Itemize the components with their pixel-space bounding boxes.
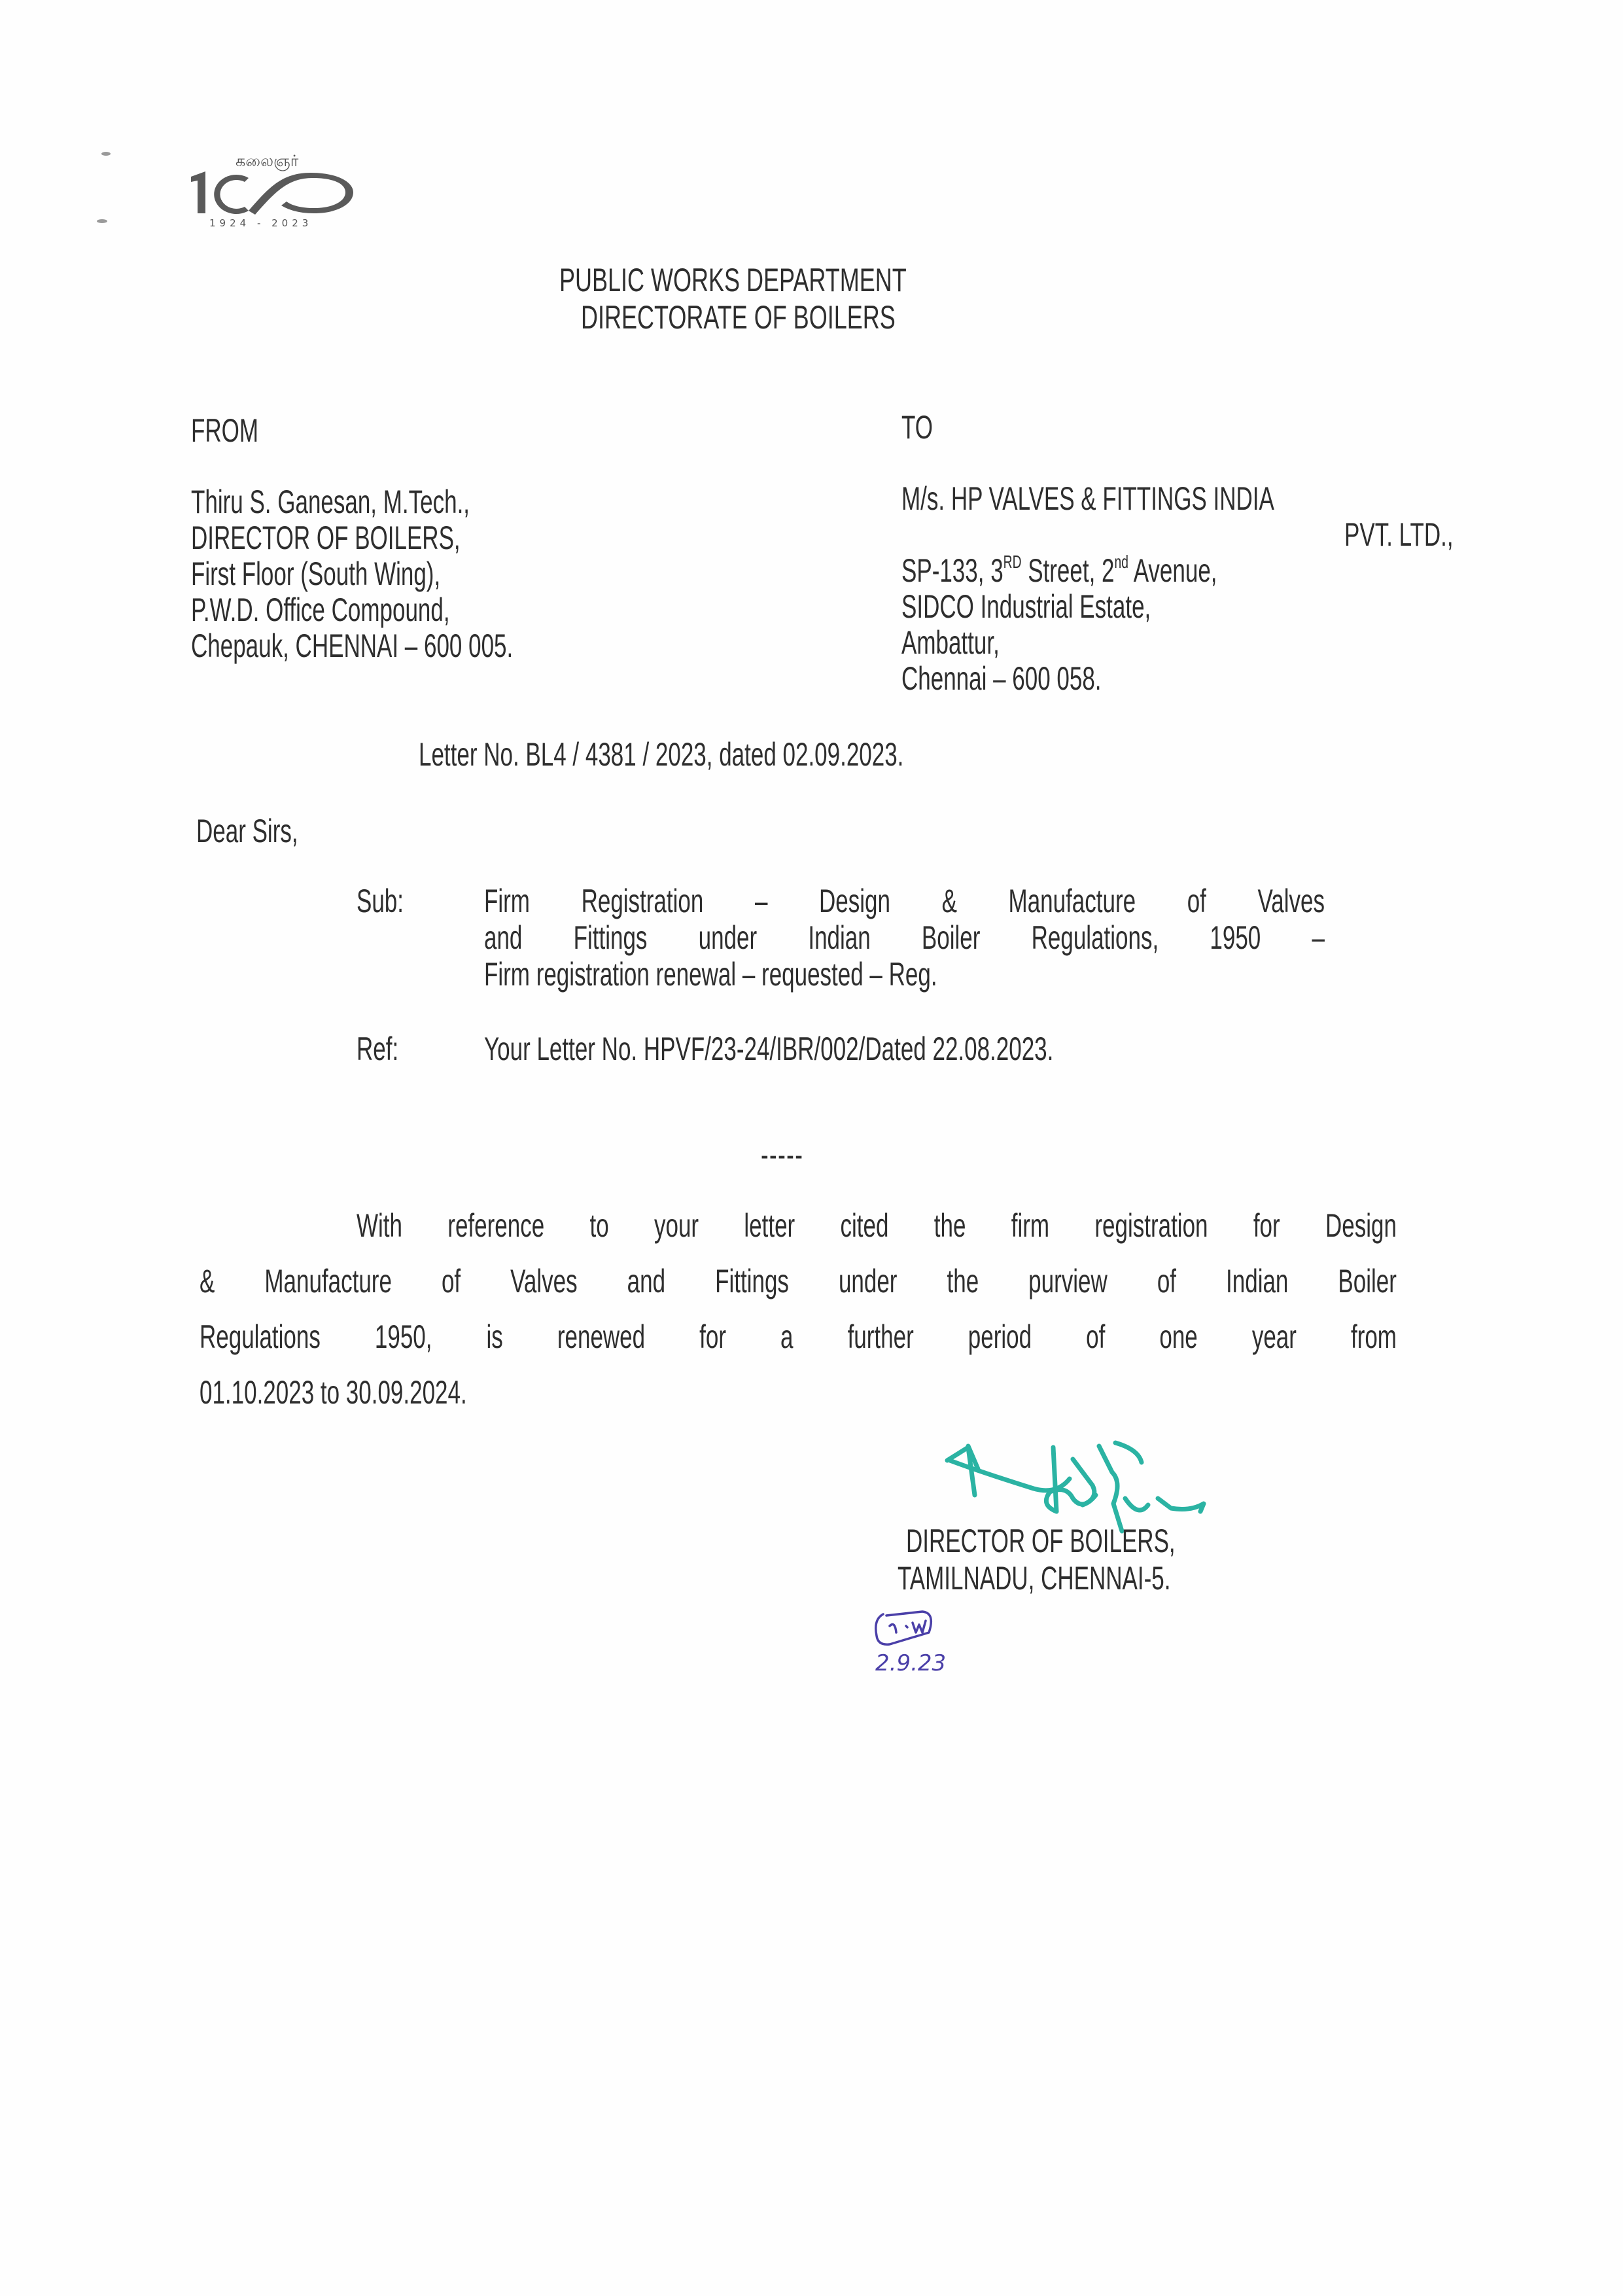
from-line: DIRECTOR OF BOILERS, [191, 521, 461, 554]
reference-label: Ref: [357, 1033, 398, 1065]
word: & [942, 885, 957, 917]
word: letter [744, 1209, 795, 1242]
subject-line: FirmRegistration–Design&ManufactureofVal… [484, 885, 1325, 924]
from-line: First Floor (South Wing), [191, 557, 440, 590]
kalaignar-100-logo: கலைஞர் 1924 - 2023 [190, 149, 373, 228]
word: 1950 [1210, 921, 1261, 954]
word: and [484, 921, 522, 954]
word: purview [1028, 1265, 1108, 1298]
word: cited [841, 1209, 889, 1242]
word: Indian [808, 921, 870, 954]
salutation: Dear Sirs, [196, 815, 298, 847]
word: further [848, 1320, 914, 1353]
to-address-line: Chennai – 600 058. [901, 662, 1102, 695]
from-label: FROM [191, 414, 258, 447]
signatory-designation: DIRECTOR OF BOILERS, [906, 1525, 1176, 1557]
subject-label: Sub: [357, 885, 404, 917]
to-address-line: SIDCO Industrial Estate, [901, 590, 1151, 623]
subject-line: andFittingsunderIndianBoilerRegulations,… [484, 921, 1325, 961]
logo-graphic-icon: கலைஞர் 1924 - 2023 [190, 149, 373, 228]
word: one [1159, 1320, 1197, 1353]
to-company-suffix: PVT. LTD., [1344, 518, 1454, 551]
word: Boiler [922, 921, 980, 954]
scan-speck [97, 219, 107, 223]
logo-tamil-text: கலைஞர் [236, 152, 299, 171]
word: Design [1325, 1209, 1397, 1242]
word: your [654, 1209, 699, 1242]
logo-years: 1924 - 2023 [209, 217, 312, 228]
word: – [755, 885, 767, 917]
word: Regulations, [1032, 921, 1159, 954]
to-address-line: Ambattur, [901, 626, 1000, 659]
word: of [1157, 1265, 1176, 1298]
word: year [1252, 1320, 1297, 1353]
initials-mark-icon: 2.9.23 [870, 1606, 962, 1678]
word: Design [819, 885, 890, 917]
word: of [442, 1265, 461, 1298]
letter-number: Letter No. BL4 / 4381 / 2023, dated 02.0… [419, 738, 903, 771]
to-company-name: M/s. HP VALVES & FITTINGS INDIA [901, 482, 1274, 515]
to-address-line: SP-133, 3RD Street, 2nd Avenue, [901, 554, 1217, 587]
word: and [627, 1265, 665, 1298]
word: from [1351, 1320, 1397, 1353]
word: a [780, 1320, 793, 1353]
word: for [699, 1320, 726, 1353]
word: is [487, 1320, 503, 1353]
word: Registration [582, 885, 704, 917]
word: Boiler [1338, 1265, 1396, 1298]
initials-date: 2.9.23 [875, 1650, 946, 1676]
word: & [200, 1265, 215, 1298]
word: Regulations [200, 1320, 321, 1353]
word: the [947, 1265, 979, 1298]
word: under [839, 1265, 898, 1298]
word: Firm [484, 885, 530, 917]
letter-page: கலைஞர் 1924 - 2023 PUBLIC WORKS DEPARTME… [0, 0, 1623, 2296]
word: of [1086, 1320, 1105, 1353]
from-line: Thiru S. Ganesan, M.Tech., [191, 486, 470, 518]
word: Manufacture [264, 1265, 392, 1298]
word: under [699, 921, 758, 954]
word: Valves [510, 1265, 577, 1298]
body-line: Withreferencetoyourlettercitedthefirmreg… [357, 1209, 1397, 1248]
word: firm [1011, 1209, 1049, 1242]
word: Manufacture [1009, 885, 1136, 917]
department-title: PUBLIC WORKS DEPARTMENT [559, 264, 907, 296]
reference-text: Your Letter No. HPVF/23-24/IBR/002/Dated… [484, 1033, 1053, 1065]
body-line: Regulations1950,isrenewedforafurtherperi… [200, 1320, 1397, 1360]
word: reference [447, 1209, 544, 1242]
body-line: 01.10.2023 to 30.09.2024. [200, 1376, 467, 1409]
word: of [1187, 885, 1206, 917]
subject-line: Firm registration renewal – requested – … [484, 958, 937, 991]
from-line: P.W.D. Office Compound, [191, 593, 450, 626]
word: – [1312, 921, 1324, 954]
signatory-location: TAMILNADU, CHENNAI-5. [898, 1562, 1170, 1595]
body-line: &ManufactureofValvesandFittingsunderthep… [200, 1265, 1397, 1304]
to-label: TO [901, 411, 933, 444]
word: registration [1094, 1209, 1208, 1242]
word: 1950, [375, 1320, 432, 1353]
word: Fittings [574, 921, 648, 954]
word: renewed [557, 1320, 645, 1353]
directorate-title: DIRECTORATE OF BOILERS [581, 301, 896, 334]
word: to [589, 1209, 608, 1242]
word: Fittings [715, 1265, 789, 1298]
word: With [357, 1209, 402, 1242]
from-line: Chepauk, CHENNAI – 600 005. [191, 629, 513, 662]
word: the [934, 1209, 966, 1242]
separator-dashes: ----- [761, 1139, 803, 1171]
word: period [968, 1320, 1032, 1353]
scan-speck [101, 152, 111, 156]
word: Valves [1257, 885, 1324, 917]
word: Indian [1226, 1265, 1288, 1298]
word: for [1253, 1209, 1280, 1242]
